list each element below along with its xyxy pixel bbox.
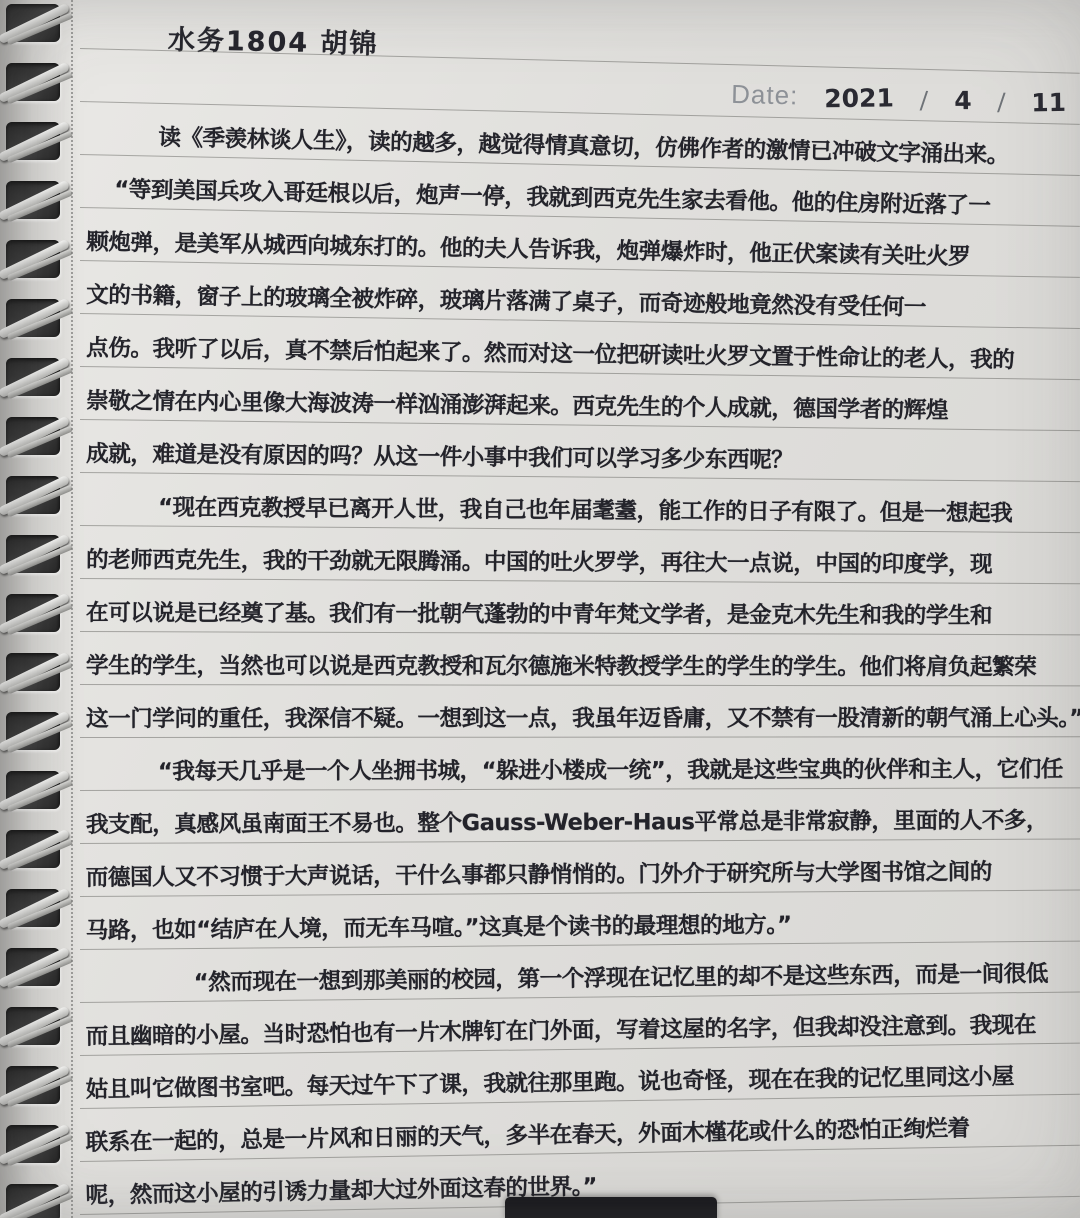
spiral-hole [6,299,60,337]
date-separator: / [997,88,1006,116]
spiral-hole [6,1184,60,1218]
spiral-hole [6,240,60,278]
date-label: Date: [731,79,799,112]
spiral-wire-icon [0,888,70,929]
spiral-hole [6,181,60,219]
spiral-wire-icon [0,180,70,221]
spiral-wire-icon [0,62,70,103]
spiral-hole [6,948,60,986]
handwritten-line-row: 我支配，真感风虽南面王不易也。整个Gauss-Weber-Haus平常总是非常寂… [80,786,1080,844]
handwritten-line-row: 的老师西克先生，我的干劲就无限腾涌。中国的吐火罗学，再往大一点说，中国的印度学，… [80,526,1080,584]
spiral-hole [6,476,60,514]
spiral-wire-icon [0,770,70,811]
handwritten-line-row: 而德国人又不习惯于大声说话，干什么事都只静悄悄的。门外介于研究所与大学图书馆之间… [80,838,1080,897]
spiral-wire-icon [0,475,70,516]
spiral-wire-icon [0,239,70,280]
spiral-hole [6,830,60,868]
spiral-hole [6,771,60,809]
spiral-hole [6,889,60,927]
spiral-hole [6,358,60,396]
spiral-wire-icon [0,593,70,634]
date-separator: / [920,86,929,114]
spiral-wire-icon [0,3,70,44]
spiral-hole [6,1007,60,1045]
handwritten-line-row: 学生的学生，当然也可以说是西克教授和瓦尔德施米特教授学生的学生的学生。他们将肩负… [80,632,1080,686]
date-day: 11 [1031,88,1066,117]
spiral-wire-icon [0,711,70,752]
spiral-wire-icon [0,652,70,693]
handwritten-line: “我每天几乎是一个人坐拥书城，“躲进小楼成一统”，我就是这些宝典的伙伴和主人，它… [80,758,1063,790]
date-month: 4 [954,86,972,115]
spiral-hole [6,712,60,750]
handwritten-line: 这一门学问的重任，我深信不疑。一想到这一点，我虽年迈昏庸，又不禁有一股清新的朝气… [80,707,1080,737]
spiral-wire-icon [0,1065,70,1106]
spiral-wire-icon [0,829,70,870]
spiral-hole [6,1066,60,1104]
spiral-wire-icon [0,1124,70,1165]
perforation-line [71,0,73,1218]
spiral-wire-icon [0,298,70,339]
spiral-hole [6,122,60,160]
bottom-shadow-object [505,1197,717,1218]
spiral-hole [6,535,60,573]
handwritten-line-row: “现在西克教授早已离开人世，我自己也年届耄耋，能工作的日子有限了。但是一想起我 [80,473,1080,533]
lines-area: Date: 2021 / 4 / 11 读《季羡林谈人生》，读的越多，越觉得情真… [80,0,1080,1215]
spiral-hole [6,4,60,42]
spiral-hole [6,594,60,632]
handwritten-line-row: 在可以说是已经奠了基。我们有一批朝气蓬勃的中青年梵文学者，是金克木先生和我的学生… [80,579,1080,635]
spiral-binding [0,0,80,1218]
spiral-hole [6,417,60,455]
spiral-wire-icon [0,121,70,162]
spiral-wire-icon [0,1006,70,1047]
handwritten-line-row: 成就，难道是没有原因的吗？从这一件小事中我们可以学习多少东西呢？ [80,420,1080,482]
spiral-wire-icon [0,1183,70,1218]
spiral-hole [6,63,60,101]
date-year: 2021 [824,83,894,113]
spiral-hole [6,1125,60,1163]
spiral-wire-icon [0,357,70,398]
spiral-hole [6,653,60,691]
handwritten-line: 学生的学生，当然也可以说是西克教授和瓦尔德施米特教授学生的学生的学生。他们将肩负… [80,655,1036,686]
handwritten-line-row: “我每天几乎是一个人坐拥书城，“躲进小楼成一统”，我就是这些宝典的伙伴和主人，它… [80,735,1080,791]
handwritten-line: 在可以说是已经奠了基。我们有一批朝气蓬勃的中青年梵文学者，是金克木先生和我的学生… [80,602,992,635]
spiral-wire-icon [0,534,70,575]
notebook-page: 水务1804 胡锦 Date: 2021 / 4 / 11 读《季羡林谈人生》，… [0,0,1080,1218]
spiral-wire-icon [0,947,70,988]
handwritten-line: 的老师西克先生，我的干劲就无限腾涌。中国的吐火罗学，再往大一点说，中国的印度学，… [80,549,992,583]
handwritten-line-row: 这一门学问的重任，我深信不疑。一想到这一点，我虽年迈昏庸，又不禁有一股清新的朝气… [80,684,1080,738]
spiral-wire-icon [0,416,70,457]
